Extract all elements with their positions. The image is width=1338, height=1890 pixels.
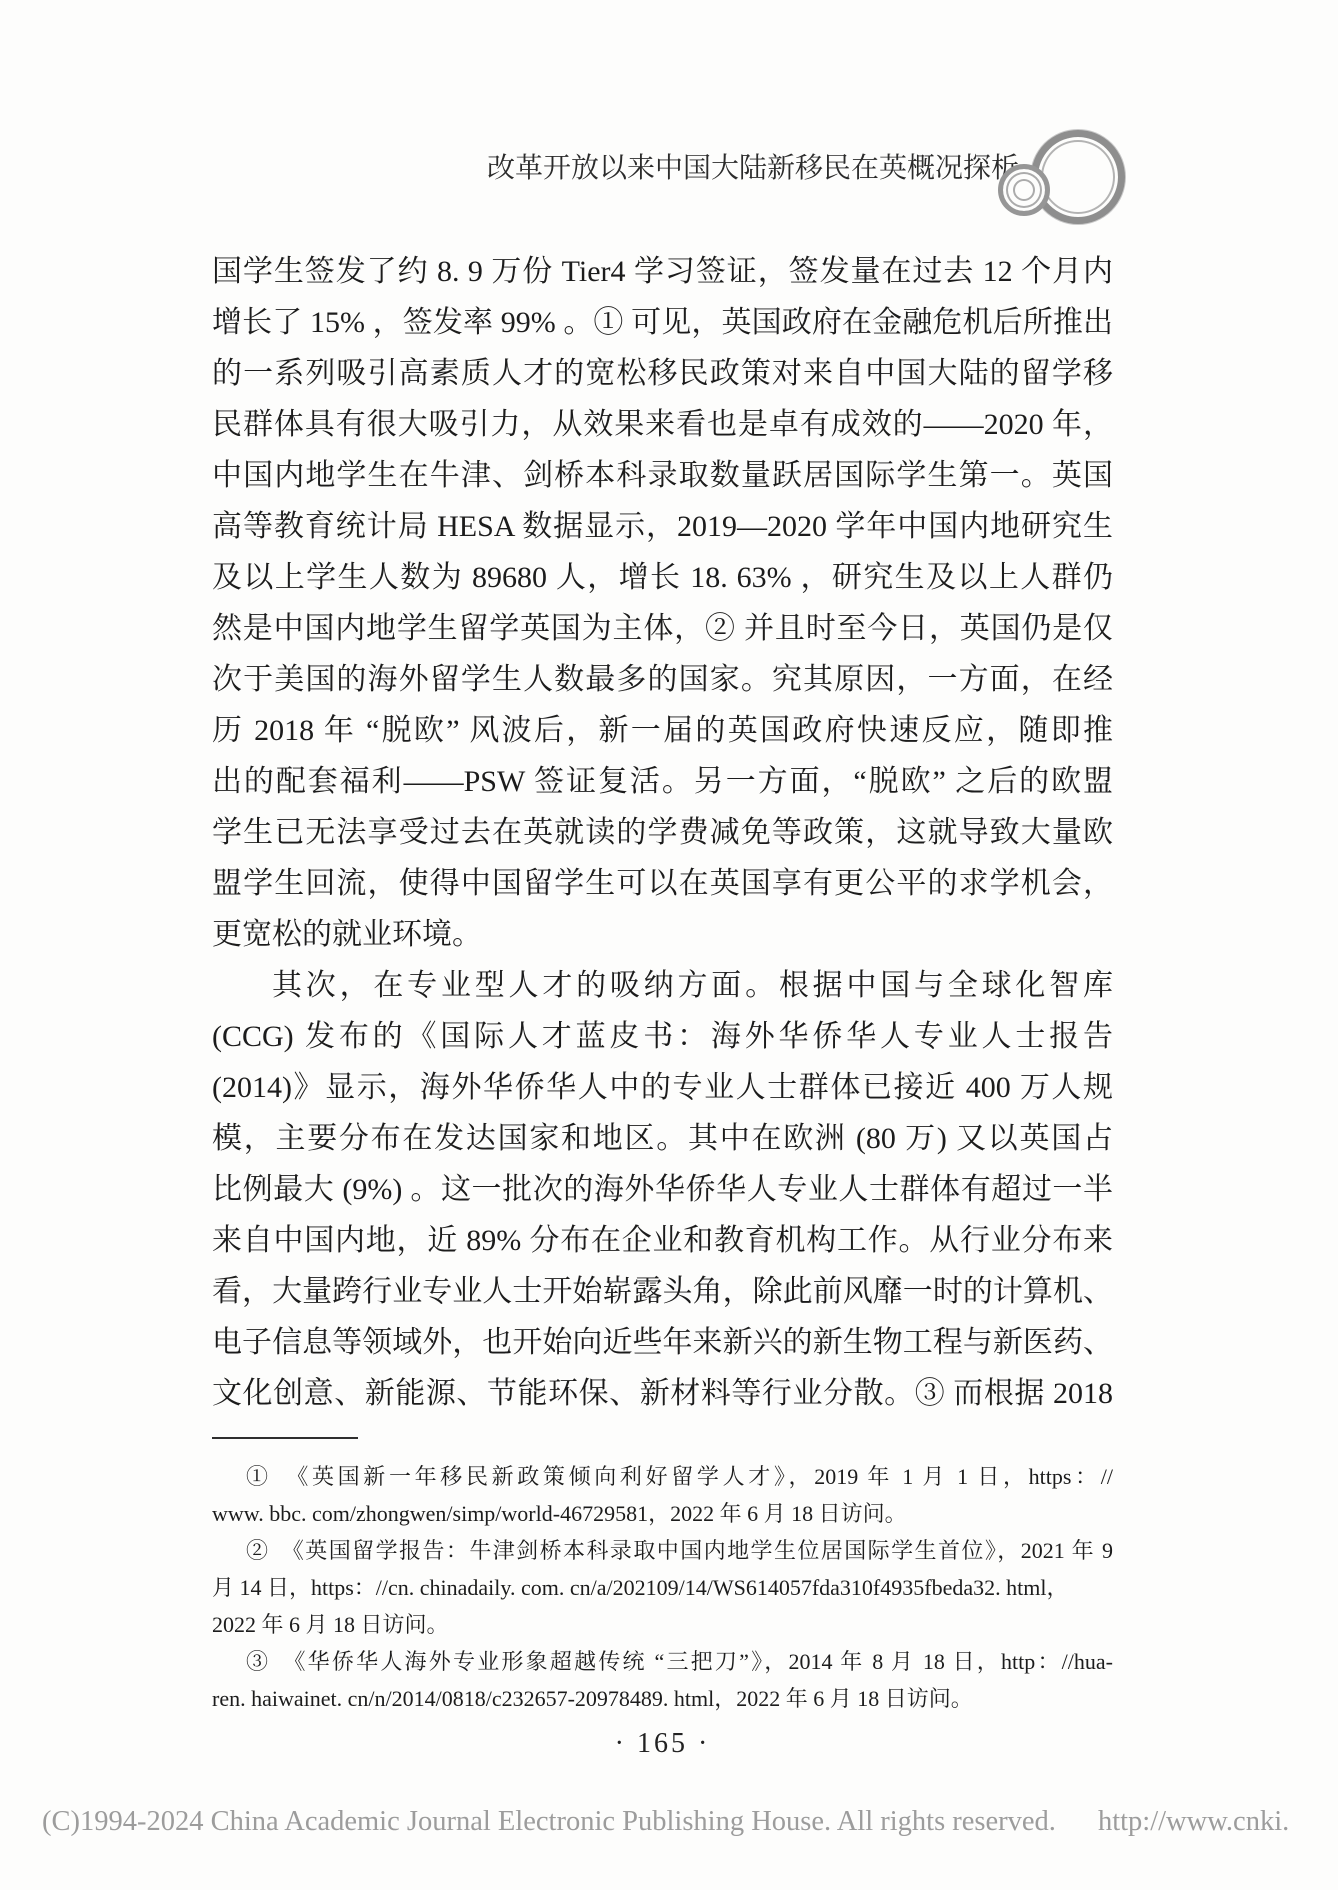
footnote-line: ② 《英国留学报告：牛津剑桥本科录取中国内地学生位居国际学生首位》，2021 年…	[212, 1532, 1113, 1569]
body-text-line: 电子信息等领域外，也开始向近些年来新兴的新生物工程与新医药、	[212, 1317, 1113, 1368]
footnotes: ① 《英国新一年移民新政策倾向利好留学人才》，2019 年 1 月 1 日，ht…	[212, 1458, 1113, 1717]
body-text-line: 看，大量跨行业专业人士开始崭露头角，除此前风靡一时的计算机、	[212, 1266, 1113, 1317]
footnote-line: ① 《英国新一年移民新政策倾向利好留学人才》，2019 年 1 月 1 日，ht…	[212, 1458, 1113, 1495]
footnote-divider	[212, 1437, 358, 1439]
footnote-line: ren. haiwainet. cn/n/2014/0818/c232657-2…	[212, 1680, 1113, 1717]
body-text-line: 历 2018 年 “脱欧” 风波后，新一届的英国政府快速反应，随即推	[212, 705, 1113, 756]
page-number: · 165 ·	[212, 1728, 1113, 1760]
body-text-line: 出的配套福利——PSW 签证复活。另一方面，“脱欧” 之后的欧盟	[212, 756, 1113, 807]
copyright-text: (C)1994-2024 China Academic Journal Elec…	[42, 1806, 1056, 1838]
publisher-rings-logo	[998, 128, 1113, 218]
body-text-line: 学生已无法享受过去在英就读的学费减免等政策，这就导致大量欧	[212, 807, 1113, 858]
footnote-line: www. bbc. com/zhongwen/simp/world-467295…	[212, 1495, 1113, 1532]
body-text-line: 更宽松的就业环境。	[212, 909, 1113, 960]
footnote-line: ③ 《华侨华人海外专业形象超越传统 “三把刀”》，2014 年 8 月 18 日…	[212, 1643, 1113, 1680]
footnote-line: 月 14 日，https：//cn. chinadaily. com. cn/a…	[212, 1569, 1113, 1606]
logo-small-ring-icon	[998, 164, 1050, 216]
body-text-line: 次于美国的海外留学生人数最多的国家。究其原因，一方面，在经	[212, 654, 1113, 705]
body-text-line: 文化创意、新能源、节能环保、新材料等行业分散。③ 而根据 2018 年	[212, 1368, 1113, 1419]
body-text-line: 模，主要分布在发达国家和地区。其中在欧洲 (80 万) 又以英国占	[212, 1113, 1113, 1164]
body-text-line: 高等教育统计局 HESA 数据显示，2019—2020 学年中国内地研究生	[212, 501, 1113, 552]
body-text-line: 比例最大 (9%) 。这一批次的海外华侨华人专业人士群体有超过一半	[212, 1164, 1113, 1215]
body-text-line: (CCG) 发布的《国际人才蓝皮书：海外华侨华人专业人士报告	[212, 1011, 1113, 1062]
body-text-line: 及以上学生人数为 89680 人，增长 18. 63% ，研究生及以上人群仍	[212, 552, 1113, 603]
footnote-line: 2022 年 6 月 18 日访问。	[212, 1606, 1113, 1643]
scan-footer: (C)1994-2024 China Academic Journal Elec…	[42, 1806, 1338, 1838]
body-text-line: 来自中国内地，近 89% 分布在企业和教育机构工作。从行业分布来	[212, 1215, 1113, 1266]
book-page: 改革开放以来中国大陆新移民在英概况探析 国学生签发了约 8. 9 万份 Tier…	[0, 0, 1338, 1890]
body-text: 国学生签发了约 8. 9 万份 Tier4 学习签证，签发量在过去 12 个月内…	[212, 246, 1113, 1419]
body-text-line: 的一系列吸引高素质人才的宽松移民政策对来自中国大陆的留学移	[212, 348, 1113, 399]
body-text-line: 其次，在专业型人才的吸纳方面。根据中国与全球化智库	[212, 960, 1113, 1011]
cnki-url-text: http://www.cnki.	[1098, 1806, 1289, 1838]
body-text-line: 国学生签发了约 8. 9 万份 Tier4 学习签证，签发量在过去 12 个月内	[212, 246, 1113, 297]
running-header-title: 改革开放以来中国大陆新移民在英概况探析	[487, 146, 1019, 186]
body-text-line: 盟学生回流，使得中国留学生可以在英国享有更公平的求学机会，	[212, 858, 1113, 909]
body-text-line: (2014)》显示，海外华侨华人中的专业人士群体已接近 400 万人规	[212, 1062, 1113, 1113]
body-text-line: 民群体具有很大吸引力，从效果来看也是卓有成效的——2020 年，	[212, 399, 1113, 450]
body-text-line: 然是中国内地学生留学英国为主体，② 并且时至今日，英国仍是仅	[212, 603, 1113, 654]
body-text-line: 增长了 15% ，签发率 99% 。① 可见，英国政府在金融危机后所推出	[212, 297, 1113, 348]
body-text-line: 中国内地学生在牛津、剑桥本科录取数量跃居国际学生第一。英国	[212, 450, 1113, 501]
